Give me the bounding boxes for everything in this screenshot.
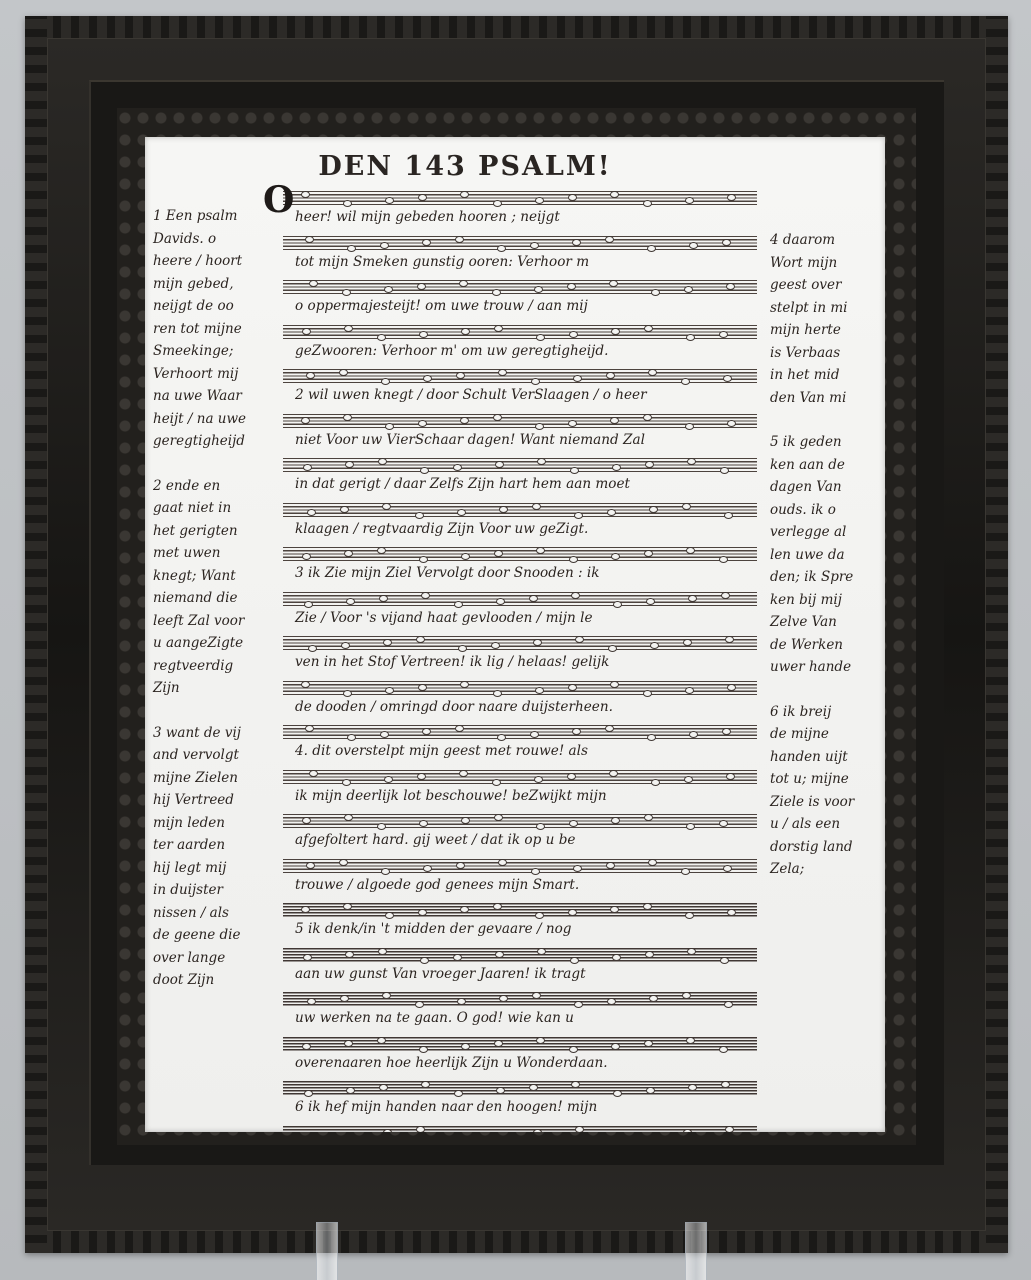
staff-row: klaagen / regtvaardig Zijn Voor uw geZig… bbox=[283, 499, 757, 544]
music-note bbox=[647, 245, 656, 252]
music-note bbox=[613, 1090, 622, 1097]
margin-line: de Werken bbox=[770, 634, 885, 657]
music-note bbox=[685, 912, 694, 919]
music-note bbox=[687, 948, 696, 955]
verse-line: geZwooren: Verhoor m' om uw geregtigheij… bbox=[295, 343, 753, 359]
music-note bbox=[304, 1090, 313, 1097]
music-note bbox=[343, 200, 352, 207]
music-note bbox=[530, 242, 539, 249]
music-note bbox=[534, 286, 543, 293]
music-note bbox=[383, 639, 392, 646]
margin-line: ken bij mij bbox=[770, 589, 885, 612]
margin-line: ter aarden bbox=[153, 834, 281, 857]
music-staff bbox=[283, 1081, 757, 1095]
music-note bbox=[531, 868, 540, 875]
verse-line: o oppermajesteijt! om uwe trouw / aan mi… bbox=[295, 298, 753, 314]
music-note bbox=[499, 506, 508, 513]
staff-row: overenaaren hoe heerlijk Zijn u Wonderda… bbox=[283, 1033, 757, 1078]
music-note bbox=[456, 862, 465, 869]
music-note bbox=[719, 556, 728, 563]
music-note bbox=[537, 458, 546, 465]
staff-row: trouwe / algoede god genees mijn Smart. bbox=[283, 855, 757, 900]
music-note bbox=[723, 865, 732, 872]
music-note bbox=[685, 197, 694, 204]
staff-row: de dooden / omringd door naare duijsterh… bbox=[283, 677, 757, 722]
music-note bbox=[571, 1081, 580, 1088]
music-note bbox=[461, 328, 470, 335]
music-note bbox=[341, 1132, 350, 1133]
margin-line: 2 ende en bbox=[153, 475, 281, 498]
music-note bbox=[340, 506, 349, 513]
verse-line: niet Voor uw VierSchaar dagen! Want niem… bbox=[295, 432, 753, 448]
music-note bbox=[494, 325, 503, 332]
margin-line: tot u; mijne bbox=[770, 768, 885, 791]
music-note bbox=[454, 1090, 463, 1097]
music-note bbox=[684, 286, 693, 293]
music-note bbox=[496, 598, 505, 605]
music-note bbox=[575, 636, 584, 643]
music-note bbox=[725, 636, 734, 643]
margin-line: uwer hande bbox=[770, 656, 885, 679]
psalm-title: DEN 143 PSALM! bbox=[145, 151, 785, 182]
verse-line: overenaaren hoe heerlijk Zijn u Wonderda… bbox=[295, 1055, 753, 1071]
music-note bbox=[459, 280, 468, 287]
music-note bbox=[344, 814, 353, 821]
music-note bbox=[379, 1084, 388, 1091]
music-note bbox=[573, 375, 582, 382]
right-verse-block: 6 ik breijde mijnehanden uijttot u; mijn… bbox=[770, 701, 885, 881]
music-note bbox=[689, 731, 698, 738]
music-note bbox=[643, 690, 652, 697]
music-note bbox=[605, 236, 614, 243]
music-note bbox=[722, 239, 731, 246]
music-note bbox=[302, 553, 311, 560]
verse-line: in dat gerigt / daar Zelfs Zijn hart hem… bbox=[295, 476, 753, 492]
music-staff bbox=[283, 236, 757, 250]
staff-row: geZwooren: Verhoor m' om uw geregtigheij… bbox=[283, 321, 757, 366]
staff-row: ik mijn deerlijk lot beschouwe! beZwijkt… bbox=[283, 766, 757, 811]
music-note bbox=[493, 200, 502, 207]
margin-line: Ziele is voor bbox=[770, 791, 885, 814]
music-note bbox=[495, 461, 504, 468]
music-note bbox=[491, 642, 500, 649]
music-note bbox=[305, 236, 314, 243]
music-note bbox=[650, 642, 659, 649]
music-note bbox=[643, 414, 652, 421]
music-note bbox=[727, 194, 736, 201]
music-note bbox=[302, 1043, 311, 1050]
margin-line: 1 Een psalm bbox=[153, 205, 281, 228]
music-note bbox=[649, 506, 658, 513]
music-note bbox=[536, 823, 545, 830]
music-note bbox=[384, 286, 393, 293]
music-note bbox=[420, 957, 429, 964]
verse-line: aan uw gunst Van vroeger Jaaren! ik trag… bbox=[295, 966, 753, 982]
music-staff bbox=[283, 280, 757, 294]
music-note bbox=[418, 684, 427, 691]
music-staff bbox=[283, 191, 757, 205]
staff-row: aan uw gunst Van vroeger Jaaren! ik trag… bbox=[283, 944, 757, 989]
music-note bbox=[645, 951, 654, 958]
music-note bbox=[306, 862, 315, 869]
music-staff bbox=[283, 547, 757, 561]
music-note bbox=[720, 467, 729, 474]
left-verse-block: 3 want de vijand vervolgtmijne Zielenhij… bbox=[153, 722, 281, 992]
staff-row: 2 wil uwen knegt / door Schult VerSlaage… bbox=[283, 365, 757, 410]
music-note bbox=[419, 820, 428, 827]
music-note bbox=[419, 331, 428, 338]
music-staff bbox=[283, 948, 757, 962]
music-staff bbox=[283, 325, 757, 339]
music-note bbox=[498, 859, 507, 866]
music-note bbox=[302, 817, 311, 824]
music-note bbox=[423, 865, 432, 872]
music-note bbox=[415, 1001, 424, 1008]
music-note bbox=[649, 995, 658, 1002]
music-staff bbox=[283, 903, 757, 917]
music-note bbox=[644, 1040, 653, 1047]
music-note bbox=[385, 687, 394, 694]
music-note bbox=[689, 242, 698, 249]
margin-line: neijgt de oo bbox=[153, 295, 281, 318]
music-note bbox=[345, 461, 354, 468]
margin-line: 5 ik geden bbox=[770, 431, 885, 454]
music-note bbox=[607, 509, 616, 516]
margin-line: Zela; bbox=[770, 858, 885, 881]
music-note bbox=[421, 1081, 430, 1088]
margin-line: len uwe da bbox=[770, 544, 885, 567]
music-note bbox=[644, 550, 653, 557]
music-note bbox=[496, 1087, 505, 1094]
music-note bbox=[339, 369, 348, 376]
initial-letter: O bbox=[263, 179, 294, 221]
music-note bbox=[347, 734, 356, 741]
music-note bbox=[345, 951, 354, 958]
music-note bbox=[610, 681, 619, 688]
music-note bbox=[608, 645, 617, 652]
music-note bbox=[455, 236, 464, 243]
music-note bbox=[454, 601, 463, 608]
music-note bbox=[306, 372, 315, 379]
verse-line: trouwe / algoede god genees mijn Smart. bbox=[295, 877, 753, 893]
margin-line: geest over bbox=[770, 274, 885, 297]
music-note bbox=[377, 823, 386, 830]
music-note bbox=[422, 239, 431, 246]
music-note bbox=[609, 280, 618, 287]
music-note bbox=[682, 503, 691, 510]
music-note bbox=[643, 903, 652, 910]
verse-line: 4. dit overstelpt mijn geest met rouwe! … bbox=[295, 743, 753, 759]
music-note bbox=[301, 191, 310, 198]
music-note bbox=[498, 369, 507, 376]
staff-row: Zie / Voor 's vijand haat gevlooden / mi… bbox=[283, 588, 757, 633]
music-note bbox=[492, 779, 501, 786]
margin-line: stelpt in mi bbox=[770, 297, 885, 320]
music-note bbox=[611, 328, 620, 335]
music-note bbox=[417, 773, 426, 780]
music-note bbox=[681, 868, 690, 875]
music-note bbox=[385, 912, 394, 919]
music-note bbox=[378, 948, 387, 955]
music-note bbox=[612, 954, 621, 961]
music-note bbox=[343, 903, 352, 910]
music-note bbox=[569, 1046, 578, 1053]
margin-line: Zijn bbox=[153, 677, 281, 700]
margin-line: Smeekinge; bbox=[153, 340, 281, 363]
staff-row: tot mijn Smeken gunstig ooren: Verhoor m bbox=[283, 232, 757, 277]
music-note bbox=[380, 731, 389, 738]
margin-line: and vervolgt bbox=[153, 744, 281, 767]
music-note bbox=[340, 995, 349, 1002]
margin-line: is Verbaas bbox=[770, 342, 885, 365]
music-note bbox=[611, 817, 620, 824]
music-note bbox=[416, 636, 425, 643]
manuscript-sheet: DEN 143 PSALM! 1 Een psalmDavids. oheere… bbox=[145, 137, 885, 1132]
music-note bbox=[650, 1132, 659, 1133]
music-note bbox=[572, 239, 581, 246]
music-note bbox=[570, 467, 579, 474]
music-note bbox=[726, 283, 735, 290]
music-note bbox=[569, 820, 578, 827]
margin-line: regtveerdig bbox=[153, 655, 281, 678]
music-staff bbox=[283, 636, 757, 650]
music-note bbox=[421, 592, 430, 599]
margin-line: Zelve Van bbox=[770, 611, 885, 634]
music-note bbox=[415, 512, 424, 519]
music-note bbox=[721, 592, 730, 599]
music-note bbox=[686, 547, 695, 554]
music-note bbox=[684, 776, 693, 783]
music-note bbox=[346, 598, 355, 605]
staff-row: 6 ik hef mijn handen naar den hoogen! mi… bbox=[283, 1077, 757, 1122]
margin-line: u / als een bbox=[770, 813, 885, 836]
music-note bbox=[339, 859, 348, 866]
staff-row: 4. dit overstelpt mijn geest met rouwe! … bbox=[283, 721, 757, 766]
music-note bbox=[607, 998, 616, 1005]
music-note bbox=[574, 1001, 583, 1008]
music-staff bbox=[283, 592, 757, 606]
music-note bbox=[646, 1087, 655, 1094]
music-note bbox=[724, 1001, 733, 1008]
music-note bbox=[493, 690, 502, 697]
music-note bbox=[643, 200, 652, 207]
music-note bbox=[651, 779, 660, 786]
margin-line: mijn gebed, bbox=[153, 273, 281, 296]
music-note bbox=[347, 245, 356, 252]
margin-line: 3 want de vij bbox=[153, 722, 281, 745]
margin-line: mijne Zielen bbox=[153, 767, 281, 790]
music-note bbox=[535, 197, 544, 204]
music-note bbox=[681, 378, 690, 385]
verse-line: de dooden / omringd door naare duijsterh… bbox=[295, 699, 753, 715]
music-note bbox=[568, 909, 577, 916]
staff-row: afgefoltert hard. gij weet / dat ik op u… bbox=[283, 810, 757, 855]
music-note bbox=[645, 461, 654, 468]
music-note bbox=[569, 556, 578, 563]
music-note bbox=[341, 642, 350, 649]
music-note bbox=[529, 1084, 538, 1091]
music-note bbox=[344, 325, 353, 332]
margin-line: handen uijt bbox=[770, 746, 885, 769]
music-note bbox=[688, 595, 697, 602]
music-note bbox=[301, 681, 310, 688]
margin-line: Wort mijn bbox=[770, 252, 885, 275]
margin-line: 6 ik breij bbox=[770, 701, 885, 724]
margin-line: u aangeZigte bbox=[153, 632, 281, 655]
verse-line: tot mijn Smeken gunstig ooren: Verhoor m bbox=[295, 254, 753, 270]
music-note bbox=[494, 814, 503, 821]
music-note bbox=[301, 417, 310, 424]
staff-row: 3 ik Zie mijn Ziel Vervolgt door Snooden… bbox=[283, 543, 757, 588]
music-staff bbox=[283, 725, 757, 739]
music-note bbox=[382, 503, 391, 510]
music-note bbox=[648, 369, 657, 376]
music-note bbox=[568, 194, 577, 201]
music-note bbox=[536, 1037, 545, 1044]
music-note bbox=[719, 331, 728, 338]
margin-line: mijn herte bbox=[770, 319, 885, 342]
margin-line: heere / hoort bbox=[153, 250, 281, 273]
music-note bbox=[343, 690, 352, 697]
music-note bbox=[687, 458, 696, 465]
music-note bbox=[307, 998, 316, 1005]
staff-row: uw werken na te gaan. O god! wie kan u bbox=[283, 988, 757, 1033]
music-note bbox=[610, 191, 619, 198]
music-note bbox=[461, 817, 470, 824]
margin-line: nissen / als bbox=[153, 902, 281, 925]
music-note bbox=[685, 687, 694, 694]
acrylic-stand-left bbox=[316, 1222, 338, 1280]
verse-line: 6 ik hef mijn handen naar den hoogen! mi… bbox=[295, 1099, 753, 1115]
music-note bbox=[609, 770, 618, 777]
staff-row: Ziel is voor uw alZiend oogen / gelijk e… bbox=[283, 1122, 757, 1133]
music-note bbox=[455, 725, 464, 732]
verse-line: Zie / Voor 's vijand haat gevlooden / mi… bbox=[295, 610, 753, 626]
music-note bbox=[536, 334, 545, 341]
left-verse-block: 2 ende engaat niet inhet gerigtenmet uwe… bbox=[153, 475, 281, 700]
music-staff bbox=[283, 681, 757, 695]
music-note bbox=[606, 862, 615, 869]
music-note bbox=[644, 814, 653, 821]
music-note bbox=[532, 992, 541, 999]
music-note bbox=[303, 464, 312, 471]
music-and-verse-column: Oheer! wil mijn gebeden hooren ; neijgtt… bbox=[283, 187, 757, 1132]
music-note bbox=[419, 1046, 428, 1053]
margin-line: in het mid bbox=[770, 364, 885, 387]
music-note bbox=[383, 1129, 392, 1133]
music-note bbox=[308, 645, 317, 652]
margin-line: dorstig land bbox=[770, 836, 885, 859]
left-margin-text: 1 Een psalmDavids. oheere / hoortmijn ge… bbox=[153, 205, 281, 1014]
margin-line: mijn leden bbox=[153, 812, 281, 835]
music-note bbox=[719, 1046, 728, 1053]
music-note bbox=[532, 503, 541, 510]
music-note bbox=[611, 553, 620, 560]
verse-line: uw werken na te gaan. O god! wie kan u bbox=[295, 1010, 753, 1026]
music-note bbox=[303, 954, 312, 961]
music-staff bbox=[283, 1037, 757, 1051]
music-note bbox=[533, 639, 542, 646]
music-note bbox=[683, 639, 692, 646]
margin-line: hij legt mij bbox=[153, 857, 281, 880]
music-note bbox=[495, 951, 504, 958]
margin-line: in duijster bbox=[153, 879, 281, 902]
music-note bbox=[417, 283, 426, 290]
music-note bbox=[497, 245, 506, 252]
music-note bbox=[571, 592, 580, 599]
verse-line: ik mijn deerlijk lot beschouwe! beZwijkt… bbox=[295, 788, 753, 804]
verse-line: heer! wil mijn gebeden hooren ; neijgt bbox=[295, 209, 753, 225]
music-note bbox=[723, 375, 732, 382]
margin-line: over lange bbox=[153, 947, 281, 970]
music-note bbox=[497, 734, 506, 741]
music-note bbox=[725, 1126, 734, 1133]
music-note bbox=[493, 414, 502, 421]
music-note bbox=[309, 280, 318, 287]
music-note bbox=[459, 770, 468, 777]
music-note bbox=[685, 423, 694, 430]
music-note bbox=[309, 770, 318, 777]
music-note bbox=[533, 1129, 542, 1133]
margin-line: 4 daarom bbox=[770, 229, 885, 252]
music-note bbox=[453, 464, 462, 471]
margin-line: ken aan de bbox=[770, 454, 885, 477]
music-note bbox=[418, 420, 427, 427]
music-note bbox=[573, 865, 582, 872]
music-note bbox=[343, 414, 352, 421]
staff-row: 5 ik denk/in 't midden der gevaare / nog bbox=[283, 899, 757, 944]
music-note bbox=[346, 1087, 355, 1094]
margin-line: dagen Van bbox=[770, 476, 885, 499]
music-note bbox=[567, 283, 576, 290]
music-note bbox=[722, 728, 731, 735]
margin-line: geregtigheijd bbox=[153, 430, 281, 453]
staff-row: niet Voor uw VierSchaar dagen! Want niem… bbox=[283, 410, 757, 455]
music-note bbox=[342, 289, 351, 296]
music-staff bbox=[283, 458, 757, 472]
music-note bbox=[572, 728, 581, 735]
music-note bbox=[534, 776, 543, 783]
music-note bbox=[727, 909, 736, 916]
staff-row: o oppermajesteijt! om uwe trouw / aan mi… bbox=[283, 276, 757, 321]
music-staff bbox=[283, 859, 757, 873]
music-note bbox=[535, 912, 544, 919]
music-note bbox=[458, 645, 467, 652]
music-note bbox=[344, 550, 353, 557]
music-note bbox=[531, 378, 540, 385]
music-note bbox=[570, 957, 579, 964]
staff-row: ven in het Stof Vertreen! ik lig / helaa… bbox=[283, 632, 757, 677]
music-note bbox=[377, 1037, 386, 1044]
music-note bbox=[453, 954, 462, 961]
verse-line: klaagen / regtvaardig Zijn Voor uw geZig… bbox=[295, 521, 753, 537]
music-note bbox=[494, 1040, 503, 1047]
music-note bbox=[727, 420, 736, 427]
music-staff bbox=[283, 814, 757, 828]
music-note bbox=[613, 601, 622, 608]
music-note bbox=[384, 776, 393, 783]
music-note bbox=[377, 334, 386, 341]
music-note bbox=[419, 556, 428, 563]
music-note bbox=[651, 289, 660, 296]
music-note bbox=[686, 1037, 695, 1044]
verse-line: 2 wil uwen knegt / door Schult VerSlaage… bbox=[295, 387, 753, 403]
music-note bbox=[385, 197, 394, 204]
music-note bbox=[569, 331, 578, 338]
margin-line: de mijne bbox=[770, 723, 885, 746]
music-note bbox=[461, 553, 470, 560]
music-note bbox=[493, 903, 502, 910]
